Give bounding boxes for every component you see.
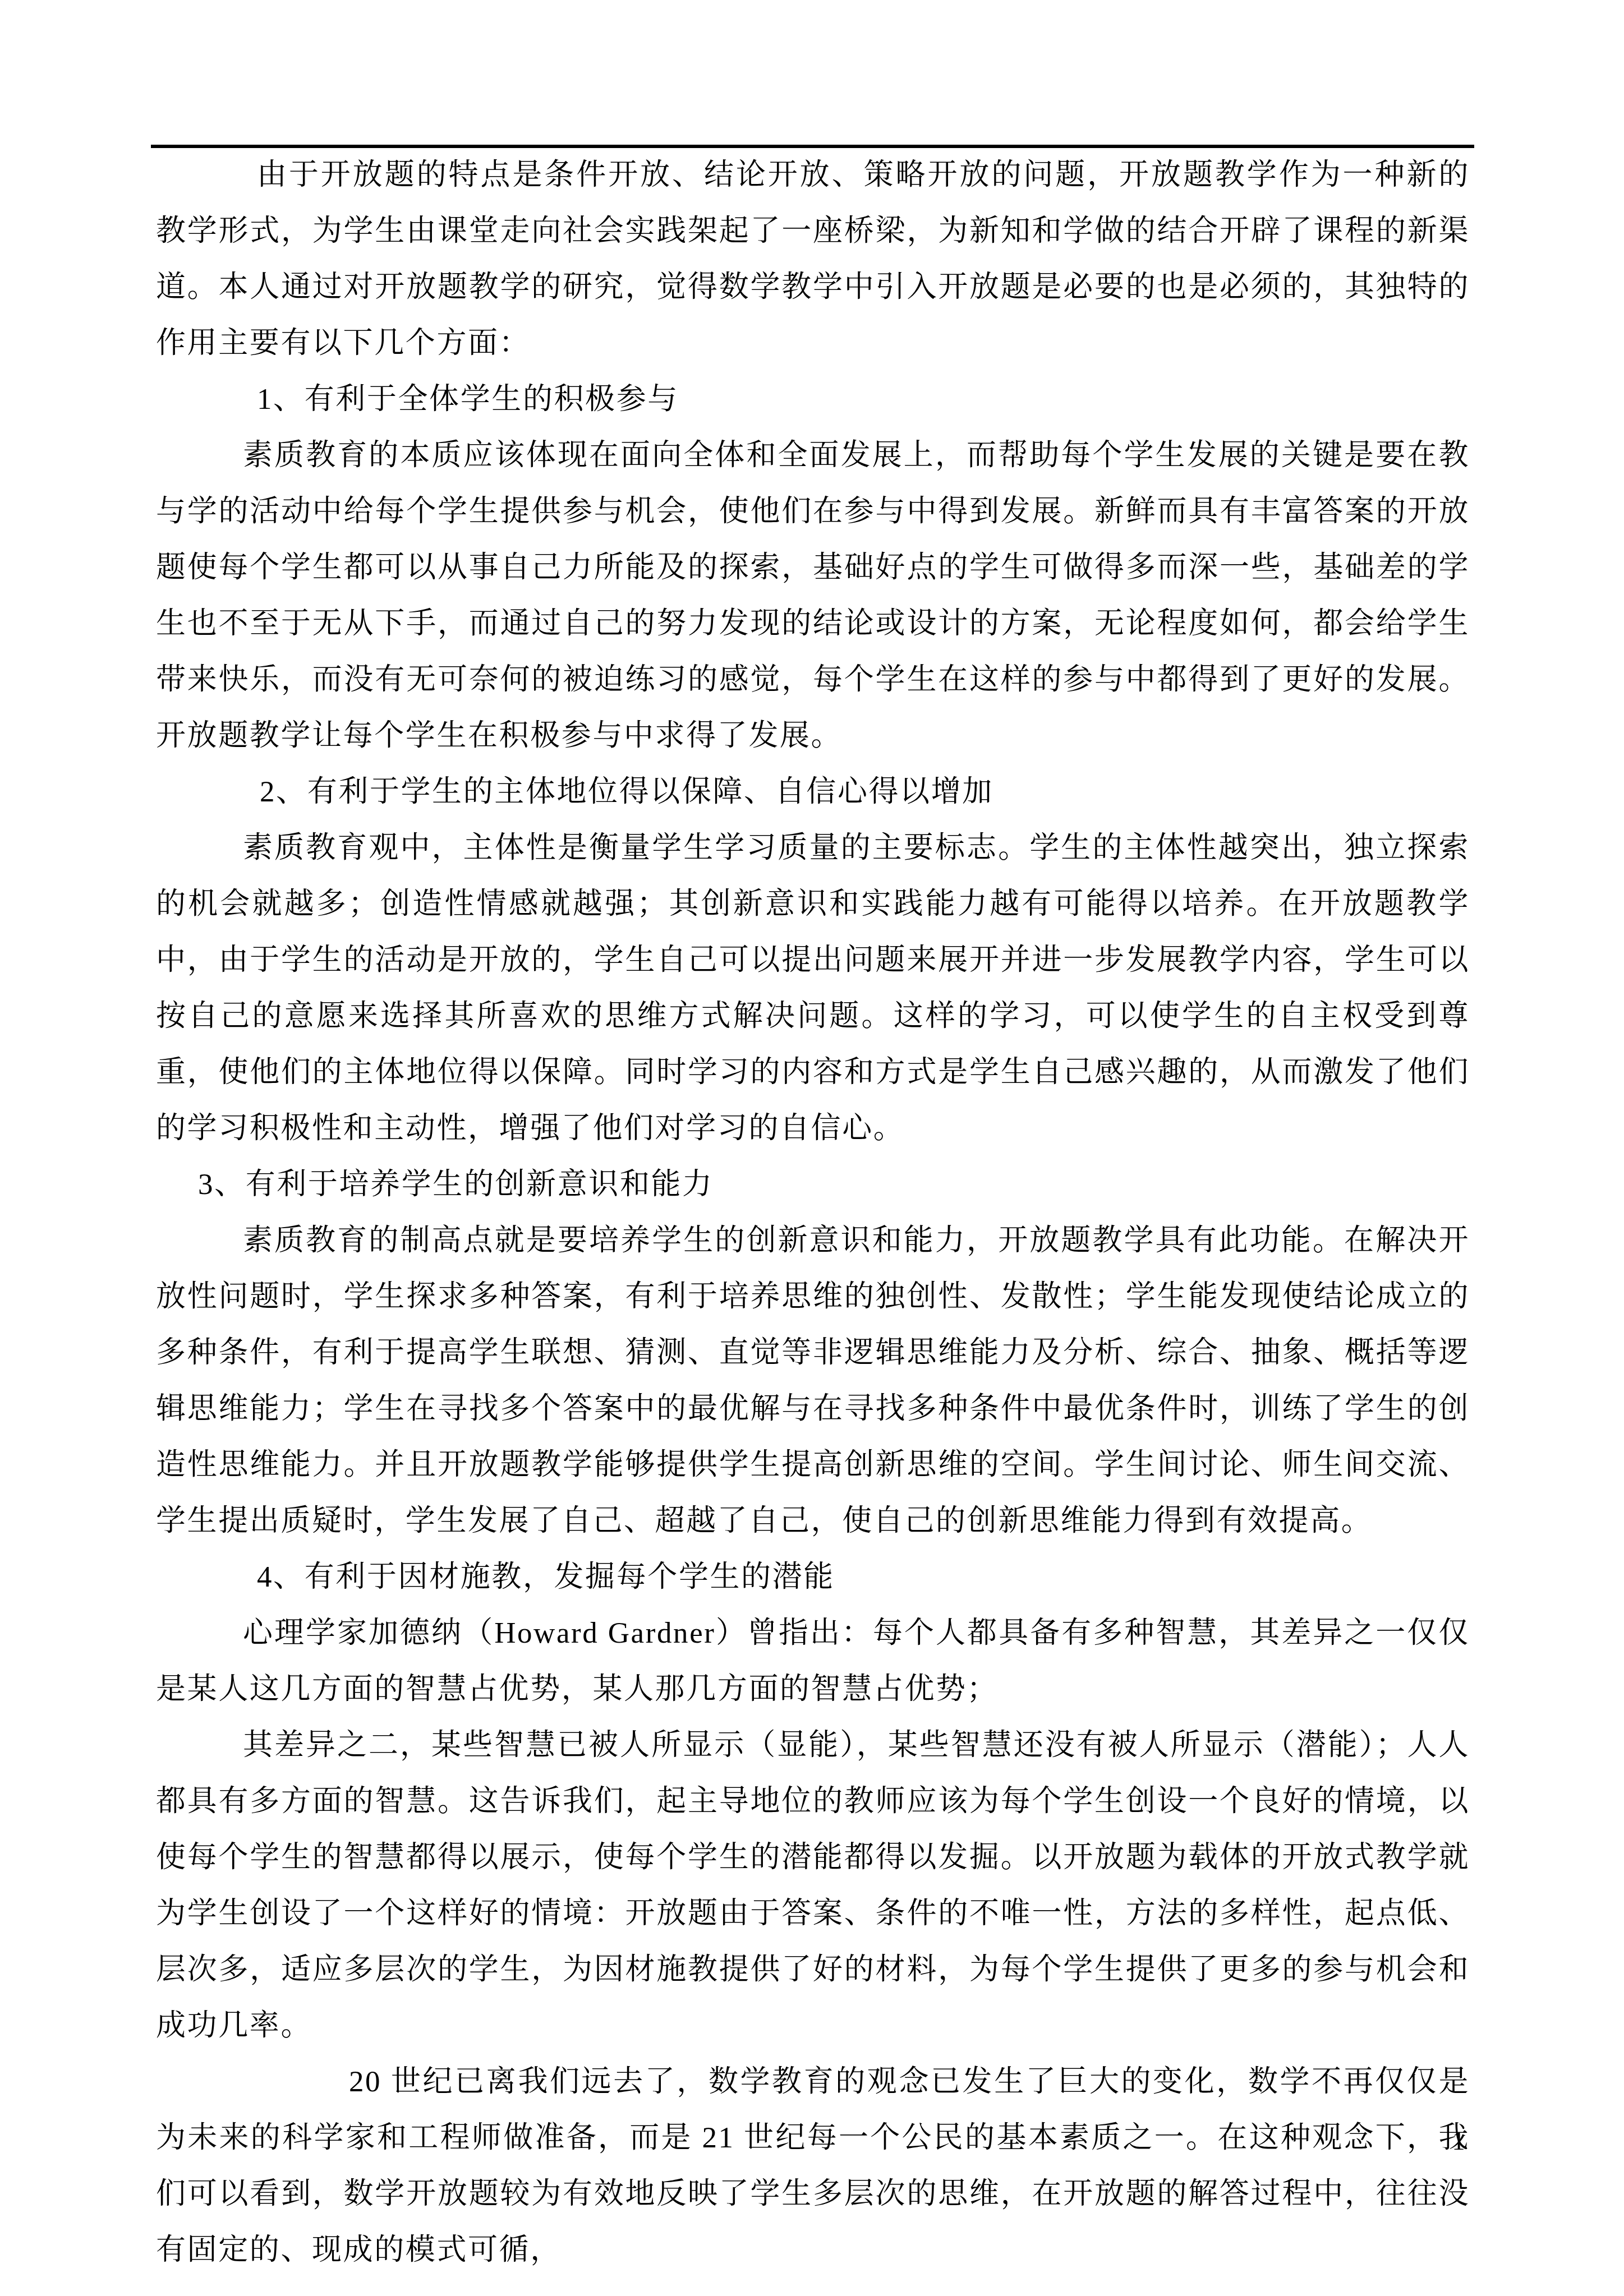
page-number: 1 [1436,2124,1481,2158]
section-heading: 1、有利于全体学生的积极参与 [156,371,1470,427]
paragraph: 素质教育的本质应该体现在面向全体和全面发展上，而帮助每个学生发展的关键是要在教与… [156,427,1470,764]
paragraph: 由于开放题的特点是条件开放、结论开放、策略开放的问题，开放题教学作为一种新的教学… [156,147,1470,371]
document-body: 由于开放题的特点是条件开放、结论开放、策略开放的问题，开放题教学作为一种新的教学… [156,147,1470,2278]
section-heading: 4、有利于因材施教，发掘每个学生的潜能 [156,1549,1470,1605]
section-heading: 2、有利于学生的主体地位得以保障、自信心得以增加 [156,764,1470,820]
section-heading: 3、有利于培养学生的创新意识和能力 [156,1156,1470,1212]
paragraph: 心理学家加德纳（Howard Gardner）曾指出：每个人都具备有多种智慧，其… [156,1605,1470,1717]
paragraph: 其差异之二，某些智慧已被人所显示（显能），某些智慧还没有被人所显示（潜能）；人人… [156,1717,1470,2054]
paragraph: 素质教育的制高点就是要培养学生的创新意识和能力，开放题教学具有此功能。在解决开放… [156,1212,1470,1549]
paragraph: 素质教育观中，主体性是衡量学生学习质量的主要标志。学生的主体性越突出，独立探索的… [156,820,1470,1156]
paragraph: 20 世纪已离我们远去了，数学教育的观念已发生了巨大的变化，数学不再仅仅是为未来… [156,2054,1470,2278]
document-page: 由于开放题的特点是条件开放、结论开放、策略开放的问题，开放题教学作为一种新的教学… [0,0,1624,2296]
